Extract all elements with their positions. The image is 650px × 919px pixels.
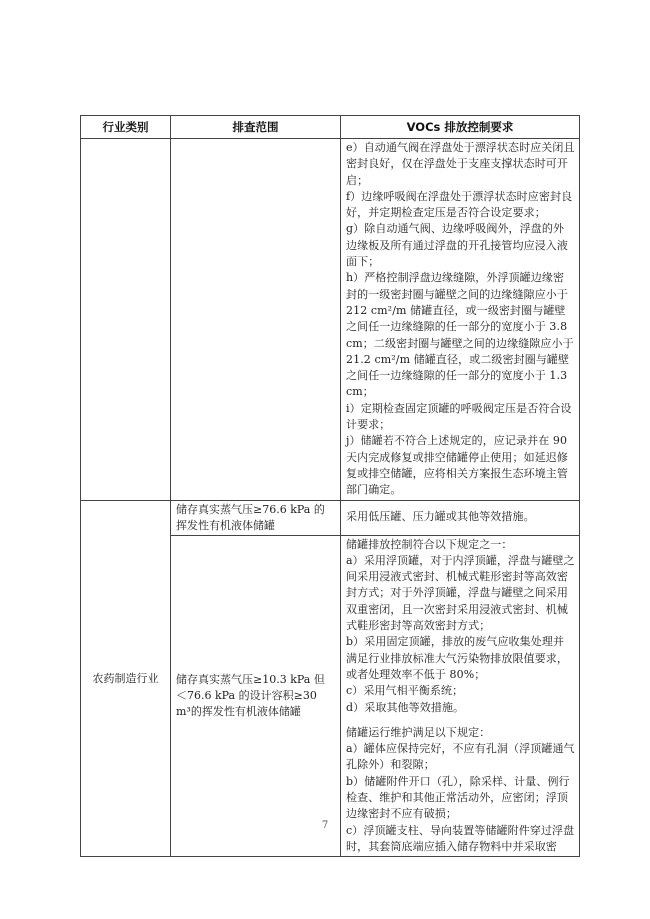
requirement-item: a）罐体应保持完好，不应有孔洞（浮顶罐通气孔除外）和裂隙； (346, 741, 575, 774)
requirement-item: e）自动通气阀在浮盘处于漂浮状态时应关闭且密封良好，仅在浮盘处于支座支撑状态时可… (346, 140, 575, 189)
requirement-item: i）定期检查固定顶罐的呼吸阀定压是否符合设计要求； (346, 401, 575, 434)
industry-cell: 农药制造行业 (81, 500, 171, 857)
requirement-item: d）采取其他等效措施。 (346, 700, 575, 716)
requirement-item: b）采用固定顶罐，排放的废气应收集处理并满足行业排放标准大气污染物排放限值要求，… (346, 634, 575, 683)
scope-cell: 储存真实蒸气压≥76.6 kPa 的挥发性有机液体储罐 (171, 500, 341, 535)
table-row: 农药制造行业 储存真实蒸气压≥76.6 kPa 的挥发性有机液体储罐 采用低压罐… (81, 500, 580, 535)
requirements-cell: 储罐排放控制符合以下规定之一： a）采用浮顶罐，对于内浮顶罐，浮盘与罐壁之间采用… (341, 535, 580, 857)
requirement-item: j）储罐若不符合上述规定的，应记录并在 90 天内完成修复或排空储罐停止使用；如… (346, 433, 575, 498)
requirement-item: 采用低压罐、压力罐或其他等效措施。 (346, 509, 575, 525)
header-industry: 行业类别 (81, 116, 171, 139)
scope-cell-empty (171, 139, 341, 501)
requirement-item: 储罐运行维护满足以下规定： (346, 725, 575, 741)
header-scope: 排查范围 (171, 116, 341, 139)
table-header-row: 行业类别 排查范围 VOCs 排放控制要求 (81, 116, 580, 139)
requirement-item: c）采用气相平衡系统； (346, 683, 575, 699)
requirement-item: b）储罐附件开口（孔），除采样、计量、例行检查、维护和其他正常活动外，应密闭；浮… (346, 774, 575, 823)
vocs-control-table: 行业类别 排查范围 VOCs 排放控制要求 e）自动通气阀在浮盘处于漂浮状态时应… (80, 115, 580, 857)
requirement-item: 储罐排放控制符合以下规定之一： (346, 537, 575, 553)
table-row: e）自动通气阀在浮盘处于漂浮状态时应关闭且密封良好，仅在浮盘处于支座支撑状态时可… (81, 139, 580, 501)
requirements-cell: 采用低压罐、压力罐或其他等效措施。 (341, 500, 580, 535)
requirements-cell: e）自动通气阀在浮盘处于漂浮状态时应关闭且密封良好，仅在浮盘处于支座支撑状态时可… (341, 139, 580, 501)
industry-cell-empty (81, 139, 171, 501)
requirement-item: a）采用浮顶罐，对于内浮顶罐，浮盘与罐壁之间采用浸液式密封、机械式鞋形密封等高效… (346, 553, 575, 634)
scope-cell: 储存真实蒸气压≥10.3 kPa 但＜76.6 kPa 的设计容积≥30 m³的… (171, 535, 341, 857)
page-number: 7 (0, 820, 650, 831)
requirement-item: h）严格控制浮盘边缘缝隙，外浮顶罐边缘密封的一级密封圈与罐壁之间的边缘缝隙应小于… (346, 270, 575, 400)
requirement-item: f）边缘呼吸阀在浮盘处于漂浮状态时应密封良好，并定期检查定压是否符合设定要求； (346, 189, 575, 222)
header-requirements: VOCs 排放控制要求 (341, 116, 580, 139)
spacer (346, 716, 575, 725)
requirement-item: g）除自动通气阀、边缘呼吸阀外，浮盘的外边缘板及所有通过浮盘的开孔接管均应浸入液… (346, 221, 575, 270)
